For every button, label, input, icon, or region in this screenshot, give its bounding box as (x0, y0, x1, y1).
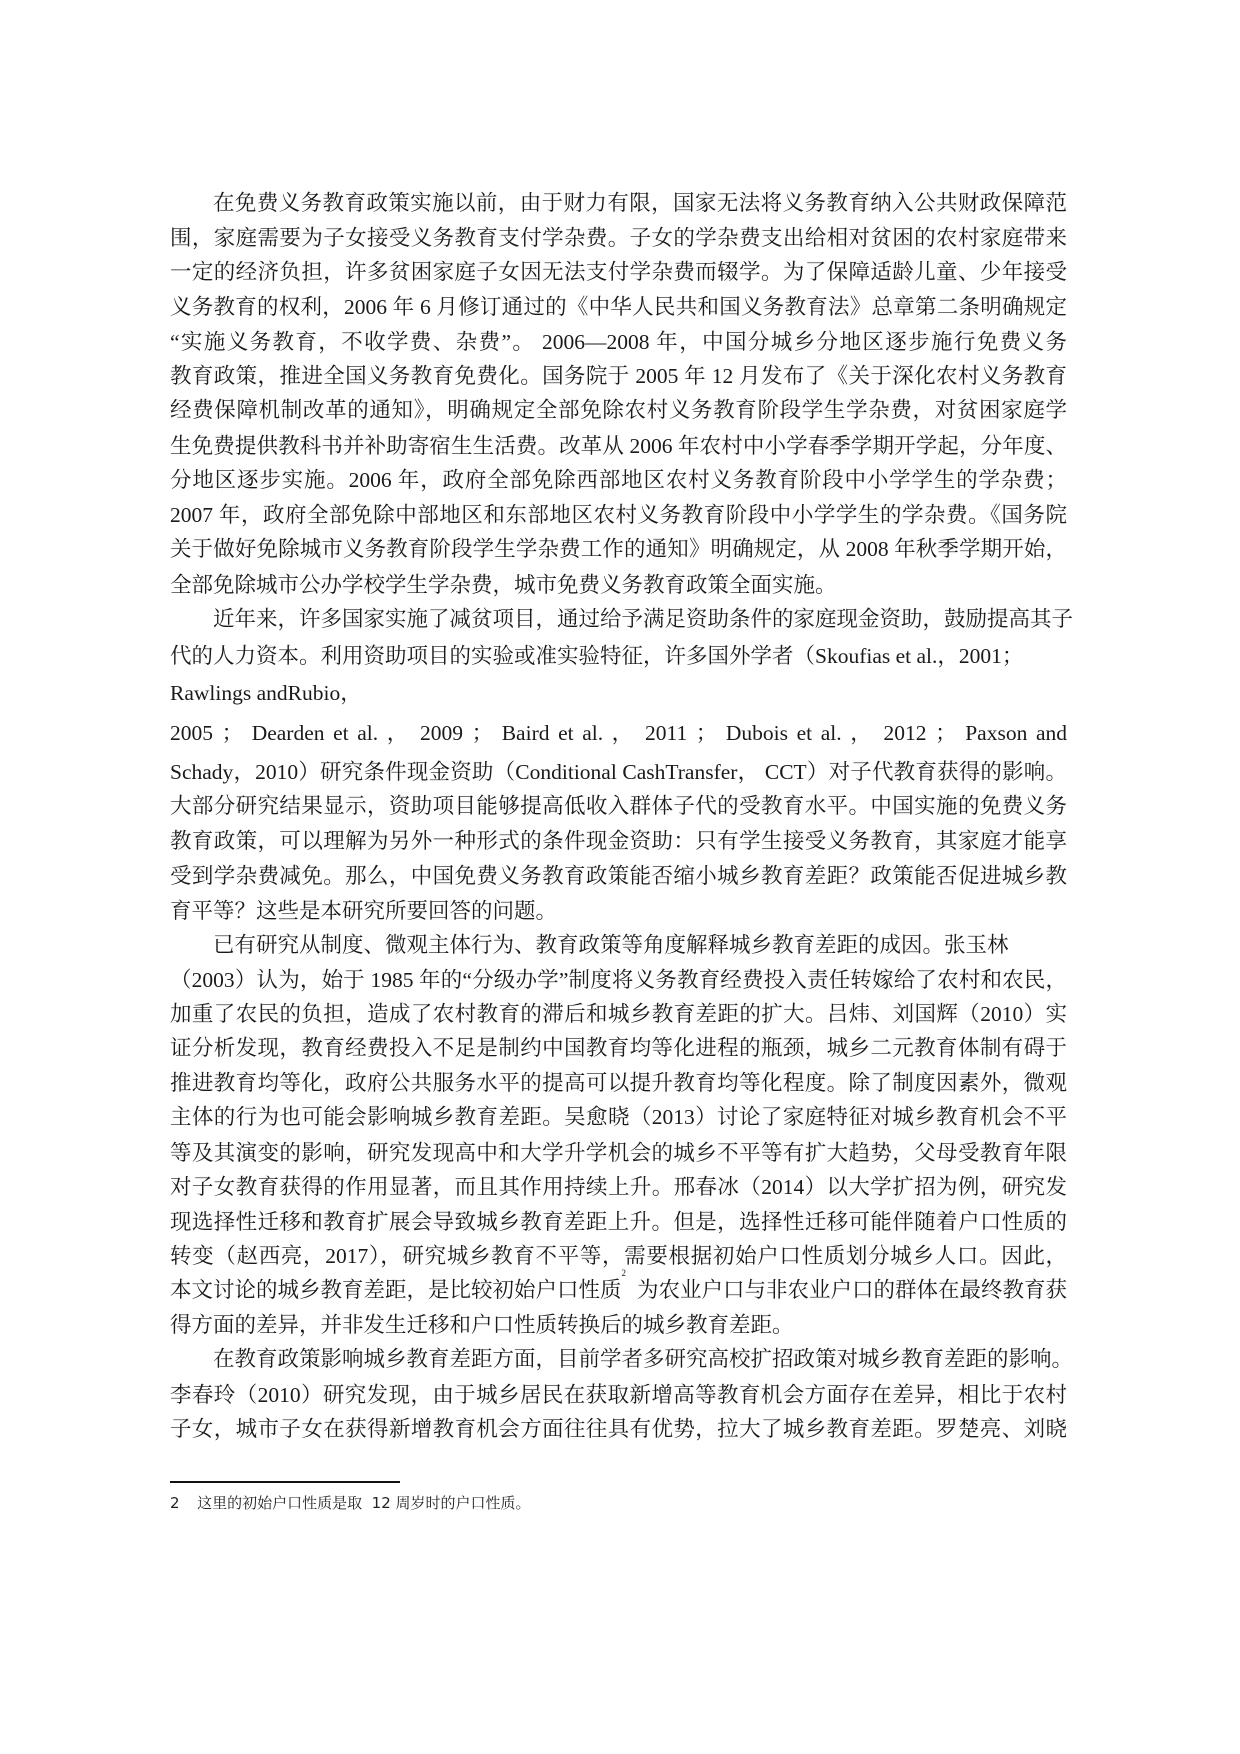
text-line: 教育政策，可以理解为另外一种形式的条件现金资助：只有学生接受义务教育，其家庭才能… (170, 824, 1067, 858)
text-segment: 为农业户口与非农业户口的群体在最终教育获 (637, 1273, 1067, 1307)
text-line: 推进教育均等化，政府公共服务水平的提高可以提升教育均等化程度。除了制度因素外，微… (170, 1066, 1067, 1100)
footnote-separator (170, 1481, 400, 1483)
text-line: 大部分研究结果显示，资助项目能够提高低收入群体子代的受教育水平。中国实施的免费义… (170, 789, 1067, 823)
text-line: 关于做好免除城市义务教育阶段学生学杂费工作的通知》明确规定，从 2008 年秋季… (170, 532, 1067, 566)
text-line-with-footnote-ref: 本文讨论的城乡教育差距，是比较初始户口性质2 为农业户口与非农业户口的群体在最终… (170, 1273, 1067, 1307)
text-line: 一定的经济负担，许多贫困家庭子女因无法支付学杂费而辍学。为了保障适龄儿童、少年接… (170, 255, 1067, 289)
text-line: 证分析发现，教育经费投入不足是制约中国教育均等化进程的瓶颈，城乡二元教育体制有碍… (170, 1031, 1067, 1065)
document-page: 在免费义务教育政策实施以前，由于财力有限，国家无法将义务教育纳入公共财政保障范 … (0, 0, 1240, 1754)
text-line: （2003）认为，始于 1985 年的“分级办学”制度将义务教育经费投入责任转嫁… (170, 963, 1067, 997)
text-line: Schady，2010）研究条件现金资助（Conditional CashTra… (170, 755, 1067, 789)
text-line: 子女，城市子女在获得新增教育机会方面往往具有优势，拉大了城乡教育差距。罗楚亮、刘… (170, 1412, 1067, 1446)
text-line: 2005 ； Dearden et al. ， 2009 ； Baird et … (170, 716, 1067, 750)
text-line: 围，家庭需要为子女接受义务教育支付学杂费。子女的学杂费支出给相对贫困的农村家庭带… (170, 221, 1067, 255)
footnote: 2 这里的初始户口性质是取 12 周岁时的户口性质。 (170, 1491, 531, 1515)
text-line: 现选择性迁移和教育扩展会导致城乡教育差距上升。但是，选择性迁移可能伴随着户口性质… (170, 1205, 1067, 1239)
text-line: 2007 年，政府全部免除中部地区和东部地区农村义务教育阶段中小学学生的学杂费。… (170, 498, 1067, 532)
text-line: 在免费义务教育政策实施以前，由于财力有限，国家无法将义务教育纳入公共财政保障范 (213, 186, 1067, 220)
text-line: 义务教育的权利，2006 年 6 月修订通过的《中华人民共和国义务教育法》总章第… (170, 290, 1067, 324)
text-line: “实施义务教育，不收学费、杂费”。 2006—2008 年，中国分城乡分地区逐步… (170, 325, 1067, 359)
text-line: 对子女教育获得的作用显著，而且其作用持续上升。邢春冰（2014）以大学扩招为例，… (170, 1170, 1067, 1204)
text-segment: 本文讨论的城乡教育差距，是比较初始户口性质 (170, 1273, 622, 1307)
text-line: 全部免除城市公办学校学生学杂费，城市免费义务教育政策全面实施。 (170, 568, 1067, 602)
footnote-number: 2 (170, 1494, 180, 1512)
footnote-text: 这里的初始户口性质是取 12 周岁时的户口性质。 (197, 1494, 530, 1512)
footnote-reference[interactable]: 2 (622, 1273, 627, 1307)
text-line: 李春玲（2010）研究发现，由于城乡居民在获取新增高等教育机会方面存在差异，相比… (170, 1378, 1067, 1412)
text-line: 代的人力资本。利用资助项目的实验或准实验特征，许多国外学者（Skoufias e… (170, 639, 1067, 673)
text-line: 得方面的差异，并非发生迁移和户口性质转换后的城乡教育差距。 (170, 1308, 1067, 1342)
text-line: 受到学杂费减免。那么，中国免费义务教育政策能否缩小城乡教育差距？政策能否促进城乡… (170, 859, 1067, 893)
text-line: 等及其演变的影响，研究发现高中和大学升学机会的城乡不平等有扩大趋势，父母受教育年… (170, 1136, 1067, 1170)
text-line: Rawlings andRubio， (170, 676, 1067, 710)
text-line: 加重了农民的负担，造成了农村教育的滞后和城乡教育差距的扩大。吕炜、刘国辉（201… (170, 997, 1067, 1031)
text-line: 育平等？这些是本研究所要回答的问题。 (170, 894, 1067, 928)
text-line: 主体的行为也可能会影响城乡教育差距。吴愈晓（2013）讨论了家庭特征对城乡教育机… (170, 1100, 1067, 1134)
text-line: 教育政策，推进全国义务教育免费化。国务院于 2005 年 12 月发布了《关于深… (170, 359, 1067, 393)
text-line: 近年来，许多国家实施了减贫项目，通过给予满足资助条件的家庭现金资助，鼓励提高其子 (213, 602, 1067, 636)
text-line: 在教育政策影响城乡教育差距方面，目前学者多研究高校扩招政策对城乡教育差距的影响。 (213, 1342, 1067, 1376)
text-line: 生免费提供教科书并补助寄宿生生活费。改革从 2006 年农村中小学春季学期开学起… (170, 429, 1067, 463)
text-line: 经费保障机制改革的通知》，明确规定全部免除农村义务教育阶段学生学杂费，对贫困家庭… (170, 393, 1067, 427)
text-line: 分地区逐步实施。2006 年，政府全部免除西部地区农村义务教育阶段中小学学生的学… (170, 463, 1067, 497)
text-line: 已有研究从制度、微观主体行为、教育政策等角度解释城乡教育差距的成因。张玉林 (213, 928, 1067, 962)
text-line: 转变（赵西亮，2017），研究城乡教育不平等，需要根据初始户口性质划分城乡人口。… (170, 1239, 1067, 1273)
